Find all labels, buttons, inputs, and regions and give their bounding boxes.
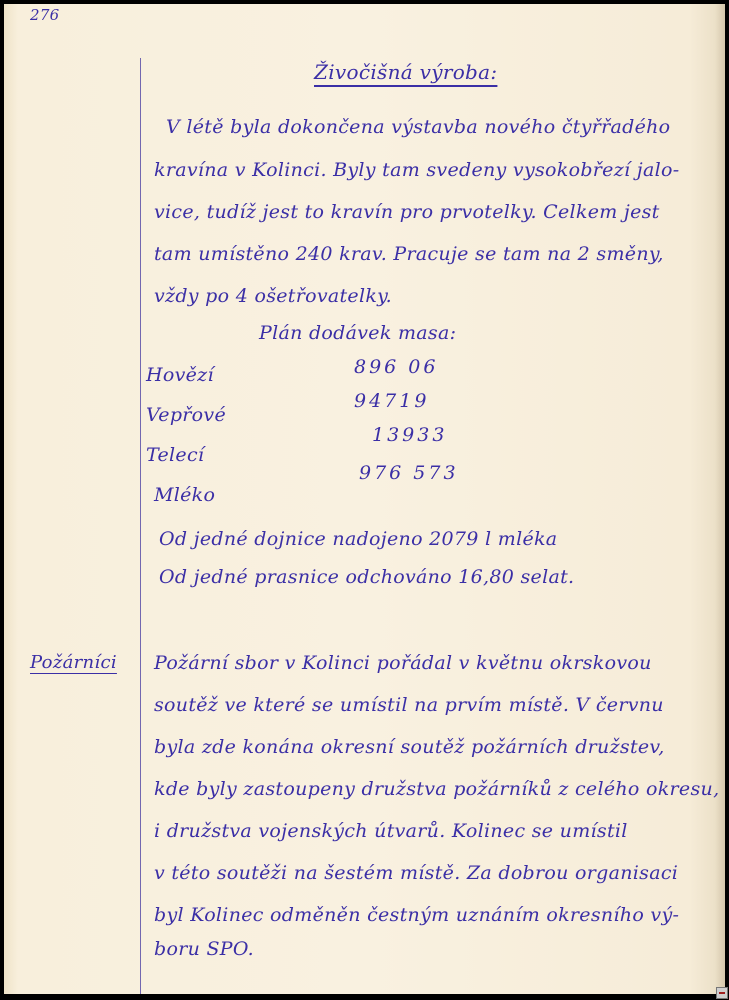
text-line: Od jedné prasnice odchováno 16,80 selat. bbox=[159, 566, 574, 588]
page-edge-shadow bbox=[715, 4, 725, 994]
margin-line bbox=[140, 58, 141, 994]
table-row-value: 896 06 bbox=[354, 356, 438, 378]
meat-plan-heading: Plán dodávek masa: bbox=[259, 322, 456, 344]
text-line: V létě byla dokončena výstavba nového čt… bbox=[166, 116, 670, 138]
table-row-value: 976 573 bbox=[359, 462, 459, 484]
text-line: Požární sbor v Kolinci pořádal v květnu … bbox=[154, 652, 652, 674]
text-line: v této soutěži na šestém místě. Za dobro… bbox=[154, 862, 678, 884]
text-line: vždy po 4 ošetřovatelky. bbox=[154, 285, 392, 307]
table-row-label: Hovězí bbox=[146, 364, 214, 386]
table-row-label: Mléko bbox=[154, 484, 215, 506]
text-line: kravína v Kolinci. Byly tam svedeny vyso… bbox=[154, 159, 679, 181]
text-line: vice, tudíž jest to kravín pro prvotelky… bbox=[154, 201, 660, 223]
table-row-value: 94719 bbox=[354, 390, 429, 412]
text-line: i družstva vojenských útvarů. Kolinec se… bbox=[154, 820, 628, 842]
table-row-value: 13933 bbox=[372, 424, 447, 446]
page-number: 276 bbox=[30, 6, 60, 24]
text-line: byla zde konána okresní soutěž požárních… bbox=[154, 736, 665, 758]
section-title-animal-production: Živočišná výroba: bbox=[314, 60, 497, 84]
table-row-label: Telecí bbox=[146, 444, 204, 466]
text-line: soutěž ve které se umístil na prvím míst… bbox=[154, 694, 664, 716]
text-line: tam umístěno 240 krav. Pracuje se tam na… bbox=[154, 243, 664, 265]
viewer-corner-icon[interactable] bbox=[716, 987, 728, 999]
text-line: kde byly zastoupeny družstva požárníků z… bbox=[154, 778, 719, 800]
chronicle-page: 276 Živočišná výroba: V létě byla dokonč… bbox=[4, 4, 725, 994]
text-line: boru SPO. bbox=[154, 938, 254, 960]
table-row-label: Vepřové bbox=[146, 404, 226, 426]
text-line: Od jedné dojnice nadojeno 2079 l mléka bbox=[159, 528, 557, 550]
margin-heading-firefighters: Požárníci bbox=[30, 652, 117, 673]
text-line: byl Kolinec odměněn čestným uznáním okre… bbox=[154, 904, 679, 926]
